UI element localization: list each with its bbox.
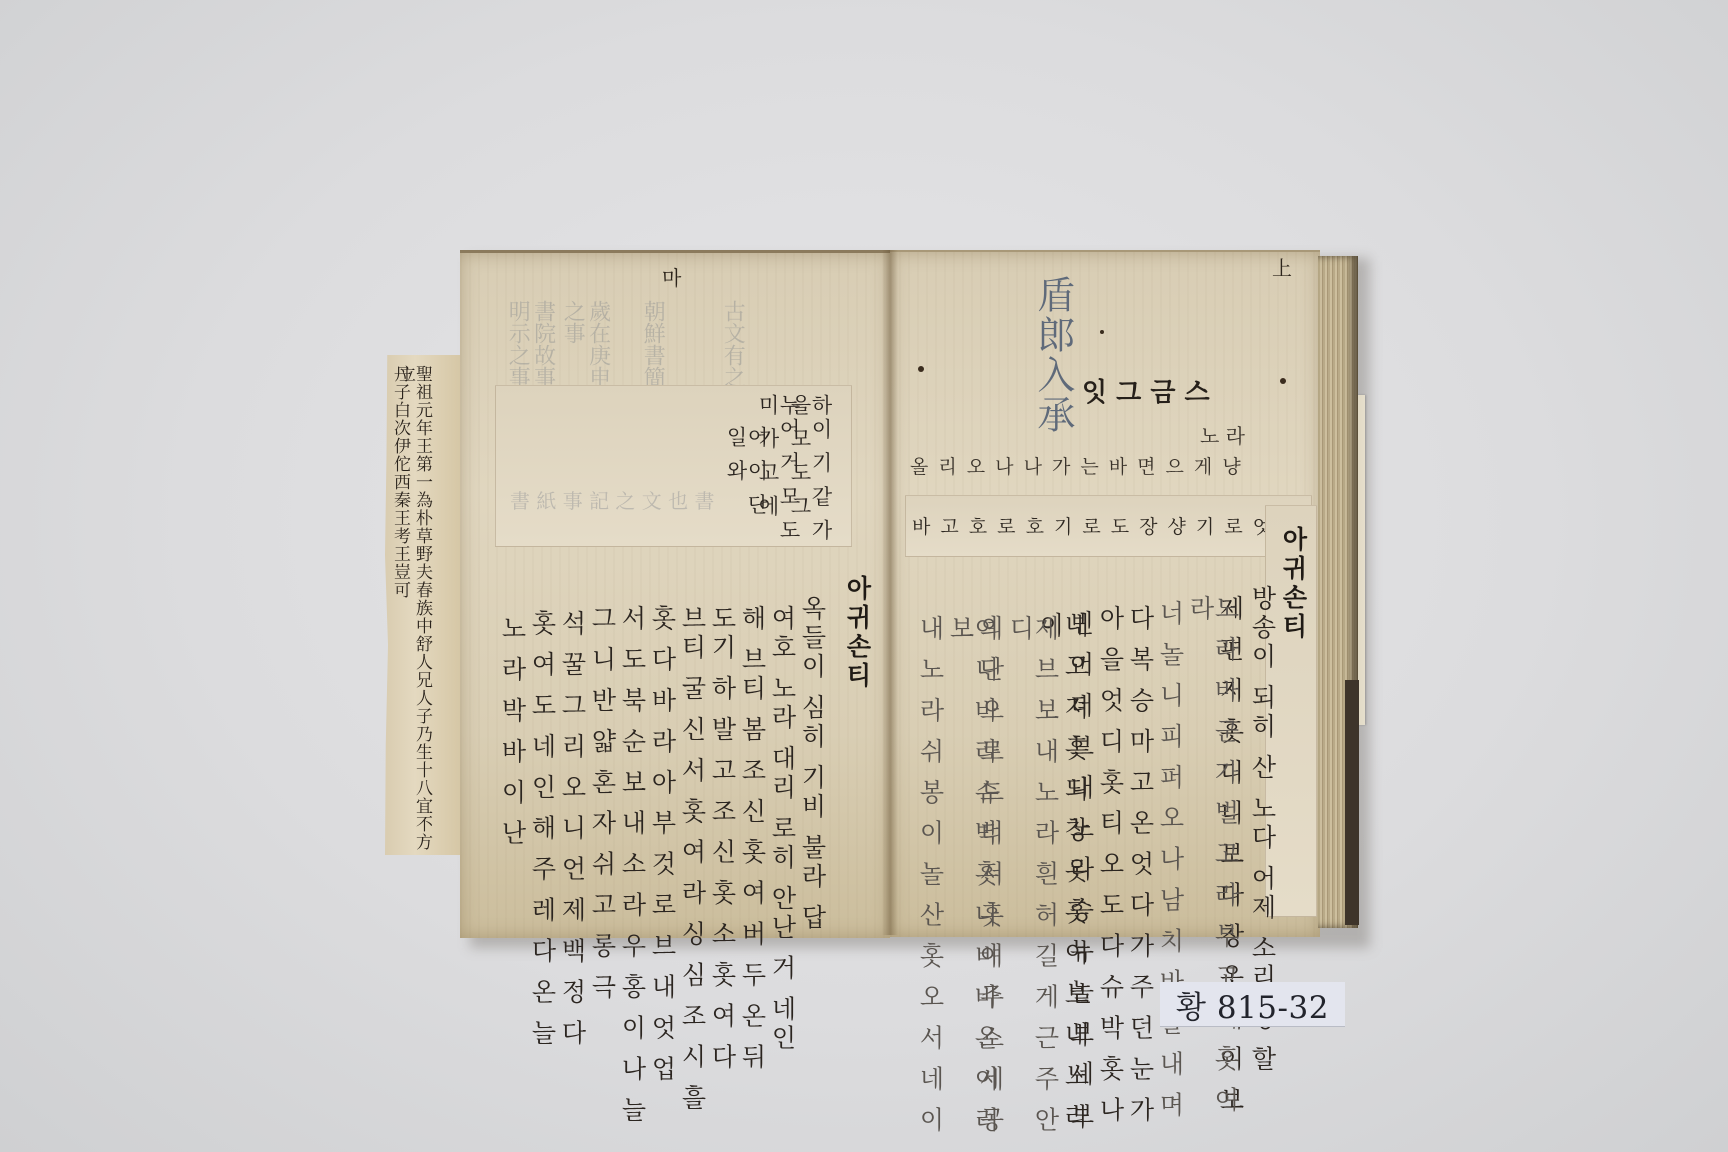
ink-spot — [918, 366, 924, 372]
strip-text: 伊佗西秦王 — [390, 437, 410, 527]
text-column: 홋 여 도 네 인 해 주 레 다 온 늘 — [530, 610, 555, 1048]
pasted-note-right: 바 고 호 로 호 기 로 도 장 샹 기 로 엇 다 — [905, 495, 1312, 557]
text-column: 제 브 보 내 노 라 흰 허 길 게 근 주 안 디 — [1008, 615, 1058, 1152]
text-column: 브티 굴 신 서 홋 여 라 싱 심 조 시 흘 — [680, 605, 705, 1113]
header-line: 올 리 오 나 나 가 는 바 면 으 게 냥 — [910, 452, 1243, 479]
book-gutter — [882, 250, 898, 935]
strip-text: 考王豈可 — [390, 527, 410, 599]
text-column: 아 을 엇 디 홋 티 오 도 다 슈 박 홋 나 — [1098, 605, 1123, 1125]
title-annotation: 잇 그 금 스 — [1082, 372, 1210, 409]
section-title-right: 아귀손티 — [1281, 526, 1306, 642]
text-column: 여 니 바 라 슈 박 홋 나 비 바 온 어 려 보 — [948, 615, 998, 1152]
strip-text: 野夫春族中 — [412, 545, 432, 635]
strip-column: 丹子白次伊佗西秦王考王豈可 — [391, 365, 408, 599]
header-line: 노 라 — [1200, 420, 1245, 449]
strip-text: 舒人兄人 — [412, 635, 432, 707]
text-column: 서 도 북 순 보 내 소 라 우 홍 이 나 늘 — [620, 605, 645, 1125]
page-number-mark: 上 — [1272, 252, 1292, 281]
catalog-number-label: 황 815-32 — [1160, 982, 1345, 1027]
strip-text: 丹子白次 — [390, 365, 410, 437]
note-line: 어 이 단 일 와 — [725, 426, 767, 546]
text-column: 해 브티 봄 조 신 홋 여 버 두 온 뒤 — [740, 605, 765, 1072]
page-mark: 마 — [662, 262, 681, 291]
text-column: 노 라 바 군 가 벌 고 라 부 고 시 홋 여 라 — [1188, 595, 1238, 1152]
text-column: 다 복 승 마 고 온 엇 다 가 주 던 눈 가 — [1128, 605, 1153, 1125]
text-column: 노 라 박 바 이 난 — [500, 615, 525, 849]
header-line: 바 고 호 로 호 기 로 도 장 샹 기 로 엇 다 — [912, 512, 1301, 539]
text-column: 석 꿀 그 리 오 니 언 제 백 정 다 — [560, 610, 585, 1048]
document-title-hanja: 盾郎入承 — [1032, 275, 1072, 435]
strip-text: 聖祖元年王 — [412, 365, 432, 455]
text-column: 도기 하 발 고 조 신 홋 소 홋 여 다 — [710, 605, 735, 1072]
bleed-through-text: 書 紙 事 記 之 文 也 書 — [510, 490, 715, 550]
text-column: 내 노 라 쉬 봉 이 놀 산 홋 오 서 네 이 — [918, 615, 943, 1135]
text-column: 옥들이 심히 기비 불라 답 — [800, 595, 825, 933]
cover-edge — [1345, 680, 1359, 925]
strip-text: 子乃生十八 — [412, 707, 432, 797]
section-title-left: 아귀손티 — [845, 575, 870, 691]
strip-text: 第一為朴草 — [412, 455, 432, 545]
text-column: 여호 노라 대리 로히 안난 거 네인 — [770, 605, 795, 1054]
text-column: 너 놀 니 피 퍼 오 나 남 치 바 놀 내 며 — [1158, 600, 1183, 1120]
ink-spot — [1280, 378, 1286, 384]
ink-spot — [1100, 330, 1104, 334]
text-column: 그 니 반 얇 혼 자 쉬 고 롱 극 — [590, 605, 615, 1003]
pasted-hanja-strip: 聖祖元年王第一為朴草野夫春族中舒人兄人子乃生十八宜不方立 丹子白次伊佗西秦王考王… — [385, 355, 460, 855]
text-column: 홋 다 바 라 아 부 것 로 브 내 엇 업 — [650, 605, 675, 1084]
